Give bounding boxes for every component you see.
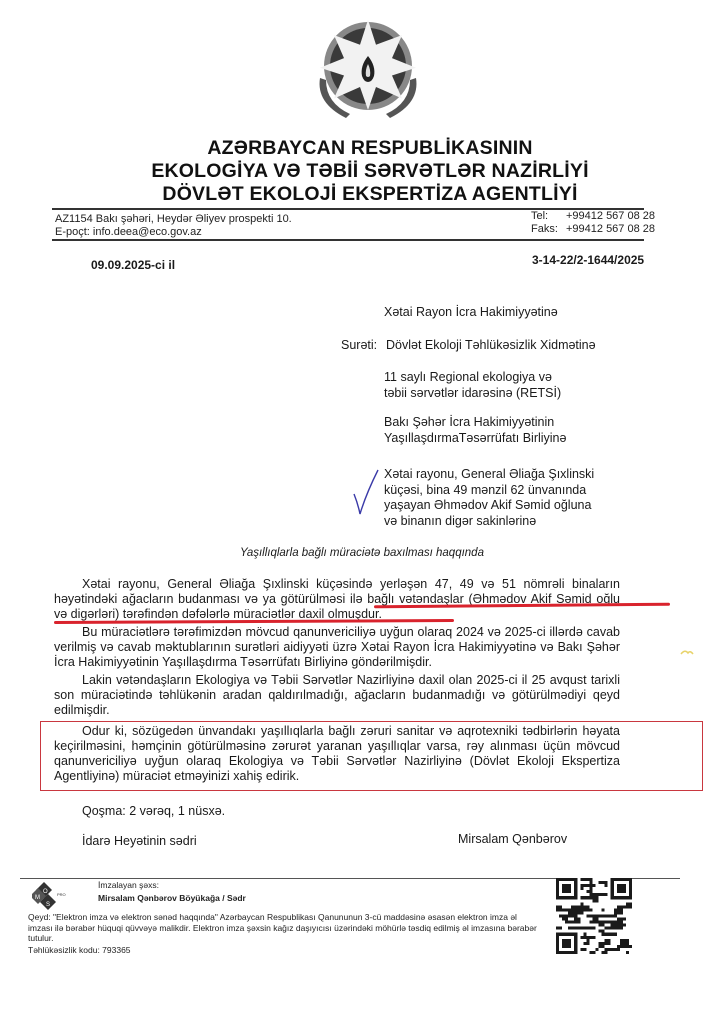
header-top-divider: [52, 208, 644, 210]
copy-recipient-4: Xətai rayonu, General Əliağa Şıxlinski k…: [384, 467, 594, 529]
header-bottom-divider: [52, 239, 644, 241]
org-name-line2: EKOLOGİYA VƏ TƏBİİ SƏRVƏTLƏR NAZİRLİYİ: [8, 160, 724, 183]
tel-value: +99412 567 08 28: [566, 210, 655, 223]
body-paragraph-3-text: Lakin vətəndaşların Ekologiya və Təbii S…: [54, 673, 620, 718]
svg-text:S: S: [46, 902, 50, 908]
body-paragraph-2: Bu müraciətlərə tərəfimizdən mövcud qanu…: [54, 625, 620, 670]
org-name-line1: AZƏRBAYCAN RESPUBLİKASININ: [8, 137, 724, 160]
subject-line: Yaşıllıqlarla bağlı müraciətə baxılması …: [0, 547, 724, 559]
signer-name: Mirsalam Qənbərov: [458, 832, 567, 848]
org-name-line3: DÖVLƏT EKOLOJİ EKSPERTİZA AGENTLİYİ: [8, 183, 724, 206]
address: AZ1154 Bakı şəhəri, Heydər Əliyev prospe…: [55, 213, 292, 226]
copy-recipient-1: Dövlət Ekoloji Təhlükəsizlik Xidmətinə: [386, 338, 596, 354]
copy-recipient-2: 11 saylı Regional ekologiya və təbii sər…: [384, 370, 561, 401]
signer-full-name: Mirsalam Qənbərov Böyükağa / Sədr: [98, 893, 246, 904]
svg-text:PRO: PRO: [57, 892, 66, 897]
svg-text:M: M: [35, 895, 40, 901]
body-paragraph-1: Xətai rayonu, General Əliağa Şıxlinski k…: [54, 577, 620, 622]
signer-position: İdarə Heyətinin sədri: [82, 834, 197, 850]
copy-recipient-3-line2: YaşıllaşdırmaTəsərrüfatı Birliyinə: [384, 431, 566, 447]
mds-pro-logo-icon: O M S PRO: [32, 880, 70, 912]
fax-label: Faks:: [531, 223, 558, 236]
copy-label: Surəti:: [341, 338, 377, 354]
attachment-note: Qoşma: 2 vərəq, 1 nüsxə.: [82, 804, 225, 820]
copy-recipient-2-line2: təbii sərvətlər idarəsinə (RETSİ): [384, 386, 561, 402]
svg-text:O: O: [43, 889, 48, 895]
copy-recipient-3: Bakı Şəhər İcra Hakimiyyətinin Yaşıllaşd…: [384, 415, 566, 446]
body-paragraph-2-text: Bu müraciətlərə tərəfimizdən mövcud qanu…: [54, 625, 620, 670]
email: E-poçt: info.deea@eco.gov.az: [55, 226, 202, 239]
body-paragraph-1-text: Xətai rayonu, General Əliağa Şıxlinski k…: [54, 577, 620, 622]
handwritten-checkmark-icon: [352, 468, 380, 516]
copy-recipient-4-line4: və binanın digər sakinlərinə: [384, 514, 594, 530]
registration-number: 3-14-22/2-1644/2025: [532, 253, 644, 267]
copy-recipient-4-line2: küçəsi, bina 49 mənzil 62 ünvanında: [384, 483, 594, 499]
copy-recipient-4-line1: Xətai rayonu, General Əliağa Şıxlinski: [384, 467, 594, 483]
yellow-mark-icon: [680, 648, 694, 656]
copy-recipient-3-line1: Bakı Şəhər İcra Hakimiyyətinin: [384, 415, 566, 431]
qr-code-icon[interactable]: [556, 878, 632, 954]
document-date: 09.09.2025-ci il: [91, 258, 175, 272]
copy-recipient-2-line1: 11 saylı Regional ekologiya və: [384, 370, 561, 386]
security-code: Təhlükəsizlik kodu: 793365: [28, 945, 131, 956]
signer-label: İmzalayan şəxs:: [98, 880, 159, 891]
azerbaijan-state-emblem-icon: [306, 18, 430, 122]
tel-label: Tel:: [531, 210, 548, 223]
body-paragraph-3: Lakin vətəndaşların Ekologiya və Təbii S…: [54, 673, 620, 718]
legal-note: Qeyd: "Elektron imza və elektron sənəd h…: [28, 912, 538, 944]
copy-recipient-4-line3: yaşayan Əhmədov Akif Səmid oğluna: [384, 498, 594, 514]
red-highlight-box: [40, 721, 703, 791]
recipient-main: Xətai Rayon İcra Hakimiyyətinə: [384, 305, 558, 321]
fax-value: +99412 567 08 28: [566, 223, 655, 236]
